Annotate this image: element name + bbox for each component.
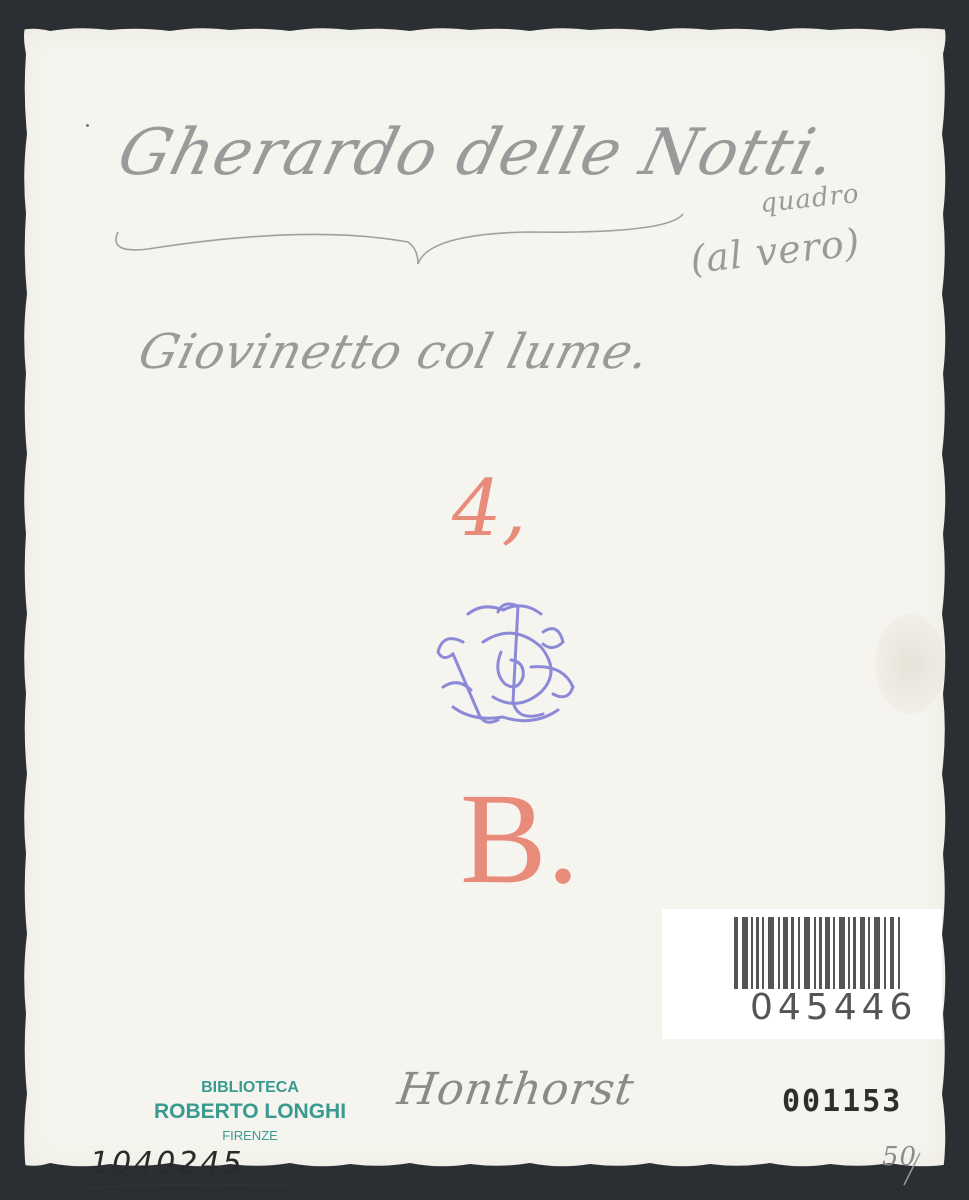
barcode-label: 045446 [662, 909, 942, 1039]
ornate-monogram-icon [423, 592, 583, 742]
stamped-number: 001153 [782, 1084, 902, 1119]
paper-stain [875, 614, 945, 714]
red-number-mark: 4, [452, 464, 526, 554]
library-stamp-line1: BIBLIOTECA [120, 1079, 380, 1097]
attribution-handwriting: Gherardo delle Notti. [111, 116, 845, 190]
barcode-number: 045446 [750, 987, 917, 1028]
flourish-underline [108, 204, 708, 274]
photo-card-verso: Gherardo delle Notti. quadro (al vero) G… [20, 24, 950, 1172]
pencil-slash [898, 1149, 928, 1189]
library-stamp: BIBLIOTECA ROBERTO LONGHI FIRENZE [120, 1079, 380, 1143]
inventory-underline [86, 1180, 296, 1192]
artist-handwriting: Honthorst [394, 1064, 637, 1115]
subject-handwriting: Giovinetto col lume. [133, 324, 656, 380]
note-al-vero: (al vero) [688, 220, 862, 282]
barcode-icon [734, 917, 904, 989]
red-letter-mark: B. [460, 764, 579, 914]
library-stamp-line2: ROBERTO LONGHI [120, 1100, 380, 1124]
library-stamp-line3: FIRENZE [120, 1128, 380, 1143]
inventory-number: 1040245 [90, 1146, 245, 1181]
pencil-dot [86, 124, 89, 127]
